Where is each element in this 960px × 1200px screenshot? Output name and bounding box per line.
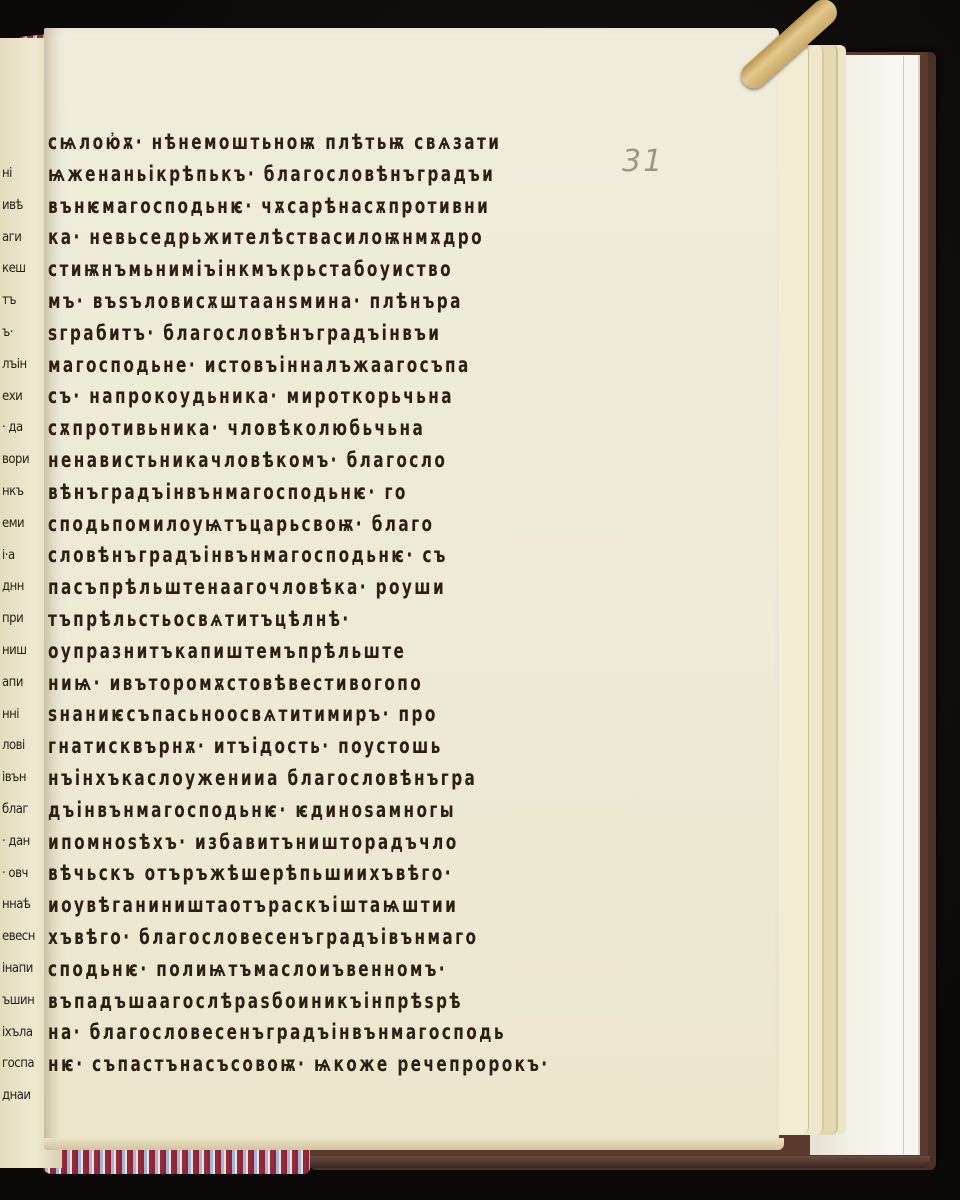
cover-bottom-edge — [300, 1156, 930, 1168]
page-edge — [778, 45, 809, 1135]
headband-bottom — [42, 1150, 310, 1174]
manuscript-text-block: сѩлою҆ѫ· нѣнемоштьноѭ плѣтьѭ свѧзатиѩжен… — [48, 128, 618, 1082]
folio-number: 31 — [622, 144, 664, 179]
text-line: нѥ· съпастънасъсовоѭ· ѩкоже речепророкъ· — [48, 1046, 618, 1086]
manuscript-photo: ніивѣагикештъъ·лъінехи· даворинкъемиі·ад… — [0, 0, 960, 1200]
folio-bottom-edge — [44, 1138, 784, 1150]
support-page-edge — [903, 56, 916, 1154]
